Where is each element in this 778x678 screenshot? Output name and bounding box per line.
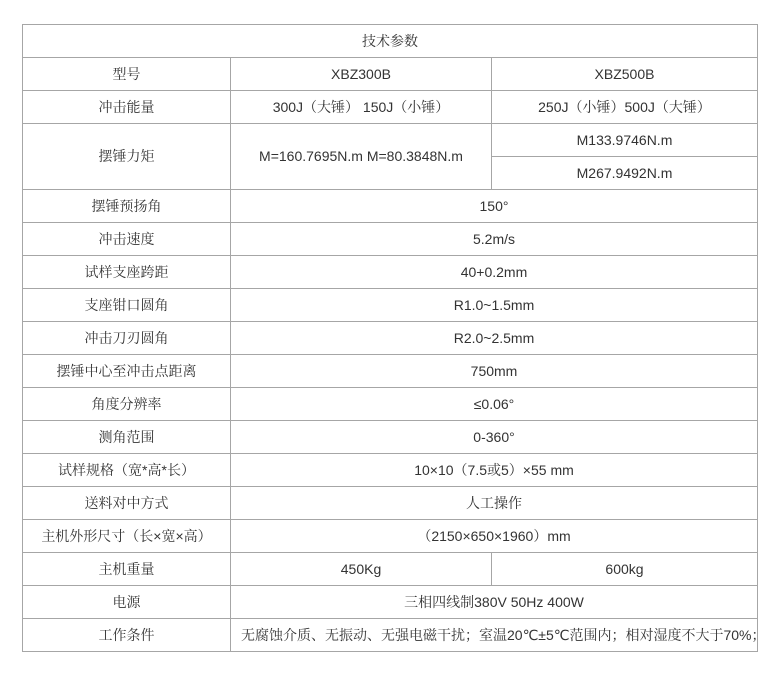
- row-label-angle-resolution: 角度分辨率: [23, 388, 231, 421]
- angle-resolution-value-cell: ≤0.06°: [231, 388, 758, 421]
- impact-energy-b-cell: 250J（小锤）500J（大锤）: [492, 91, 758, 124]
- support-span-value-cell: 40+0.2mm: [231, 256, 758, 289]
- pendulum-moment-a-cell: M=160.7695N.m M=80.3848N.m: [231, 124, 492, 190]
- pendulum-moment-b-top-cell: M133.9746N.m: [492, 124, 758, 157]
- feeding-method-value-cell: 人工操作: [231, 487, 758, 520]
- table-row-impact-energy: 冲击能量 300J（大锤） 150J（小锤） 250J（小锤）500J（大锤）: [23, 91, 758, 124]
- impact-speed-value-cell: 5.2m/s: [231, 223, 758, 256]
- machine-weight-b-cell: 600kg: [492, 553, 758, 586]
- row-label-support-jaw-radius: 支座钳口圆角: [23, 289, 231, 322]
- table-row-angle-resolution: 角度分辨率 ≤0.06°: [23, 388, 758, 421]
- row-label-impact-energy: 冲击能量: [23, 91, 231, 124]
- table-row-impact-speed: 冲击速度 5.2m/s: [23, 223, 758, 256]
- table-row-support-span: 试样支座跨距 40+0.2mm: [23, 256, 758, 289]
- table-row-title: 技术参数: [23, 25, 758, 58]
- impact-energy-a-cell: 300J（大锤） 150J（小锤）: [231, 91, 492, 124]
- table-row-center-to-impact-distance: 摆锤中心至冲击点距离 750mm: [23, 355, 758, 388]
- page: 技术参数 型号 XBZ300B XBZ500B 冲击能量 300J（大锤） 15…: [0, 0, 778, 678]
- model-b-cell: XBZ500B: [492, 58, 758, 91]
- row-label-angle-range: 测角范围: [23, 421, 231, 454]
- table-row-feeding-method: 送料对中方式 人工操作: [23, 487, 758, 520]
- row-label-model: 型号: [23, 58, 231, 91]
- row-label-blade-radius: 冲击刀刃圆角: [23, 322, 231, 355]
- table-row-specimen-size: 试样规格（宽*高*长） 10×10（7.5或5）×55 mm: [23, 454, 758, 487]
- specimen-size-value-cell: 10×10（7.5或5）×55 mm: [231, 454, 758, 487]
- table-title: 技术参数: [23, 25, 758, 58]
- blade-radius-value-cell: R2.0~2.5mm: [231, 322, 758, 355]
- table-row-machine-weight: 主机重量 450Kg 600kg: [23, 553, 758, 586]
- table-row-machine-dimensions: 主机外形尺寸（长×宽×高） （2150×650×1960）mm: [23, 520, 758, 553]
- pre-raise-angle-value-cell: 150°: [231, 190, 758, 223]
- row-label-power-supply: 电源: [23, 586, 231, 619]
- table-row-pendulum-moment: 摆锤力矩 M=160.7695N.m M=80.3848N.m M133.974…: [23, 124, 758, 157]
- row-label-pendulum-moment: 摆锤力矩: [23, 124, 231, 190]
- machine-dimensions-value-cell: （2150×650×1960）mm: [231, 520, 758, 553]
- table-row-support-jaw-radius: 支座钳口圆角 R1.0~1.5mm: [23, 289, 758, 322]
- model-a-cell: XBZ300B: [231, 58, 492, 91]
- table-row-model: 型号 XBZ300B XBZ500B: [23, 58, 758, 91]
- row-label-machine-weight: 主机重量: [23, 553, 231, 586]
- table-row-blade-radius: 冲击刀刃圆角 R2.0~2.5mm: [23, 322, 758, 355]
- support-jaw-radius-value-cell: R1.0~1.5mm: [231, 289, 758, 322]
- angle-range-value-cell: 0-360°: [231, 421, 758, 454]
- row-label-feeding-method: 送料对中方式: [23, 487, 231, 520]
- table-row-angle-range: 测角范围 0-360°: [23, 421, 758, 454]
- row-label-machine-dimensions: 主机外形尺寸（长×宽×高）: [23, 520, 231, 553]
- row-label-working-conditions: 工作条件: [23, 619, 231, 652]
- power-supply-value-cell: 三相四线制380V 50Hz 400W: [231, 586, 758, 619]
- specs-table: 技术参数 型号 XBZ300B XBZ500B 冲击能量 300J（大锤） 15…: [22, 24, 758, 652]
- working-conditions-value-cell: 无腐蚀介质、无振动、无强电磁干扰；室温20℃±5℃范围内；相对湿度不大于70%；: [231, 619, 758, 652]
- pendulum-moment-b-bottom-cell: M267.9492N.m: [492, 157, 758, 190]
- row-label-pre-raise-angle: 摆锤预扬角: [23, 190, 231, 223]
- table-row-working-conditions: 工作条件 无腐蚀介质、无振动、无强电磁干扰；室温20℃±5℃范围内；相对湿度不大…: [23, 619, 758, 652]
- row-label-support-span: 试样支座跨距: [23, 256, 231, 289]
- row-label-impact-speed: 冲击速度: [23, 223, 231, 256]
- row-label-center-to-impact-distance: 摆锤中心至冲击点距离: [23, 355, 231, 388]
- table-row-power-supply: 电源 三相四线制380V 50Hz 400W: [23, 586, 758, 619]
- table-row-pre-raise-angle: 摆锤预扬角 150°: [23, 190, 758, 223]
- machine-weight-a-cell: 450Kg: [231, 553, 492, 586]
- row-label-specimen-size: 试样规格（宽*高*长）: [23, 454, 231, 487]
- center-to-impact-distance-value-cell: 750mm: [231, 355, 758, 388]
